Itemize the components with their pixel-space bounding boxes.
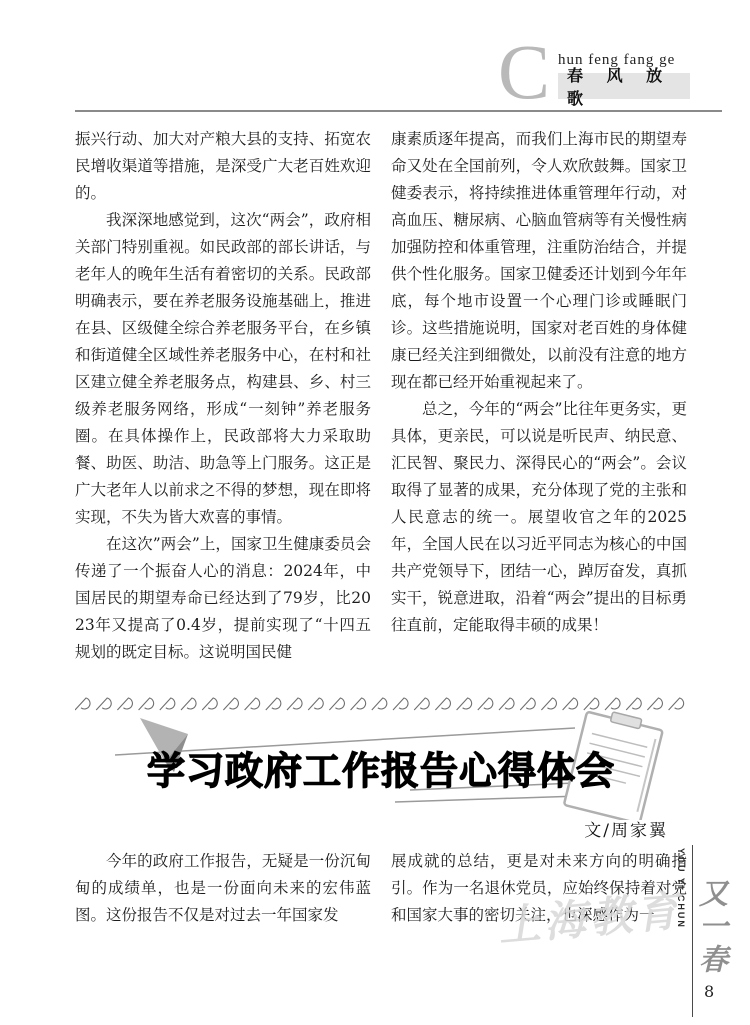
decor-line-right-2 bbox=[395, 796, 580, 802]
article2-body: 今年的政府工作报告，无疑是一份沉甸甸的成绩单，也是一份面向未来的宏伟蓝图。这份报… bbox=[75, 848, 687, 929]
section-title-badge: 春 风 放 歌 bbox=[558, 73, 690, 99]
article2-byline: 文/周家翼 bbox=[584, 816, 668, 841]
masthead: C hun feng fang ge 春 风 放 歌 bbox=[498, 42, 690, 102]
wave-divider-path bbox=[75, 698, 684, 710]
header-rule bbox=[75, 110, 722, 112]
paragraph: 展成就的总结，更是对未来方向的明确指引。作为一名退休党员，应始终保持着对党和国家… bbox=[391, 848, 687, 929]
sidebar-pinyin: YOU YI CHUN bbox=[676, 848, 686, 929]
paragraph: 总之，今年的“两会”比往年更务实，更具体，更亲民，可以说是听民声、纳民意、汇民智… bbox=[391, 396, 687, 639]
article1-left-column: 振兴行动、加大对产粮大县的支持、拓宽农民增收渠道等措施，是深受广大老百姓欢迎的。… bbox=[75, 126, 371, 666]
paragraph: 康素质逐年提高，而我们上海市民的期望寿命又处在全国前列，令人欢欣鼓舞。国家卫健委… bbox=[391, 126, 687, 396]
sidebar-rule bbox=[692, 845, 693, 1017]
magazine-page: C hun feng fang ge 春 风 放 歌 振兴行动、加大对产粮大县的… bbox=[0, 0, 750, 1025]
article2-left-column: 今年的政府工作报告，无疑是一份沉甸甸的成绩单，也是一份面向未来的宏伟蓝图。这份报… bbox=[75, 848, 371, 929]
article2-title: 学习政府工作报告心得体会 bbox=[75, 740, 687, 795]
paragraph: 振兴行动、加大对产粮大县的支持、拓宽农民增收渠道等措施，是深受广大老百姓欢迎的。 bbox=[75, 126, 371, 207]
paragraph: 在这次”两会”上，国家卫生健康委员会传递了一个振奋人心的消息：2024年，中国居… bbox=[75, 531, 371, 666]
article1: 振兴行动、加大对产粮大县的支持、拓宽农民增收渠道等措施，是深受广大老百姓欢迎的。… bbox=[75, 126, 687, 666]
masthead-right: hun feng fang ge 春 风 放 歌 bbox=[558, 42, 690, 99]
article1-right-column: 康素质逐年提高，而我们上海市民的期望寿命又处在全国前列，令人欢欣鼓舞。国家卫健委… bbox=[391, 126, 687, 666]
page-number: 8 bbox=[704, 982, 714, 1001]
sidebar-vertical-title: 又一春 bbox=[697, 878, 727, 977]
paragraph: 我深深地感觉到，这次“两会”，政府相关部门特别重视。如民政部的部长讲话，与老年人… bbox=[75, 207, 371, 531]
masthead-drop-cap: C bbox=[498, 42, 550, 102]
paragraph: 今年的政府工作报告，无疑是一份沉甸甸的成绩单，也是一份面向未来的宏伟蓝图。这份报… bbox=[75, 848, 371, 929]
article2-right-column: 展成就的总结，更是对未来方向的明确指引。作为一名退休党员，应始终保持着对党和国家… bbox=[391, 848, 687, 929]
